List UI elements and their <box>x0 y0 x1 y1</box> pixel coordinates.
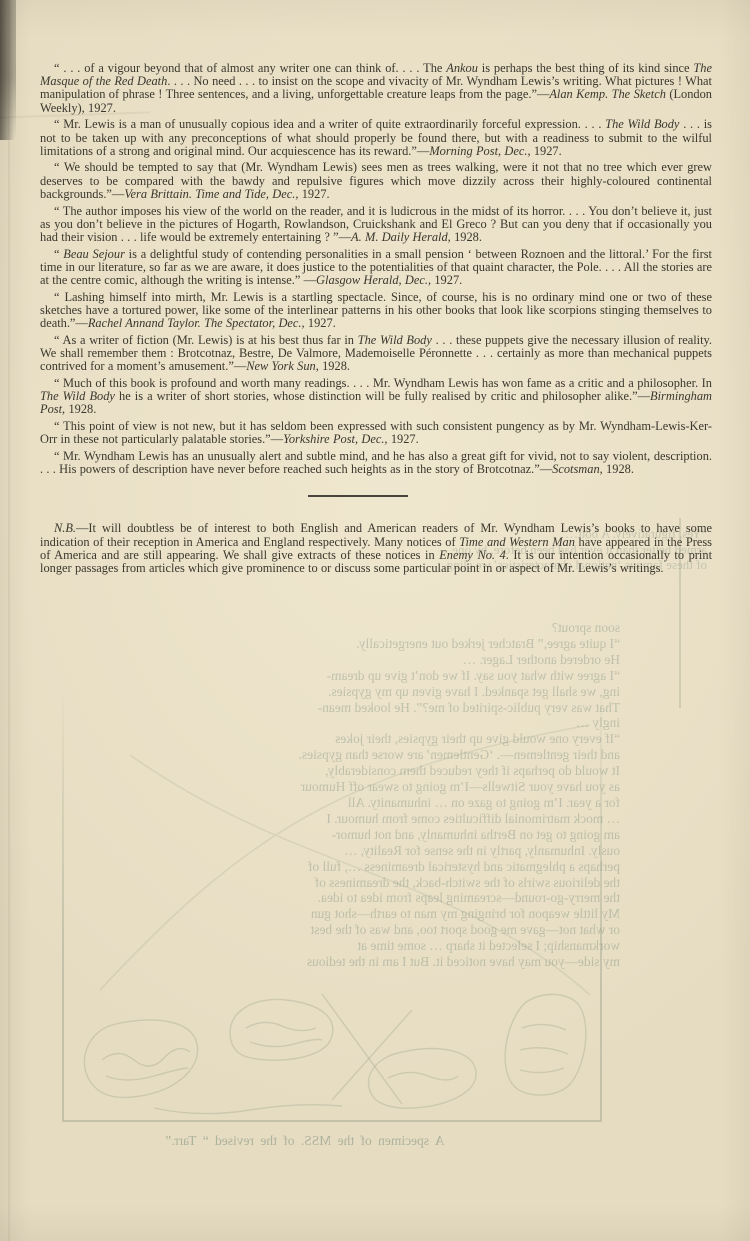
review-paragraph: “ Lashing himself into mirth, Mr. Lewis … <box>40 291 712 331</box>
ghost-line: My little weapon for bringing my man to … <box>148 906 620 922</box>
review-paragraph: “ As a writer of fiction (Mr. Lewis) is … <box>40 334 712 374</box>
ghost-line: ingly … <box>148 715 620 731</box>
ghost-showthrough-text: soon sprout?“I quite agree,” Bratcher je… <box>148 620 620 970</box>
ghost-line: … mock matrimonial difficulties come fro… <box>148 811 620 827</box>
ghost-line: ing, we shall get spanked. I have given … <box>148 684 620 700</box>
ghost-line: “I quite agree,” Bratcher jerked out ene… <box>148 636 620 652</box>
section-divider <box>308 495 408 497</box>
review-paragraph: “ Mr. Lewis is a man of unusually copiou… <box>40 118 712 158</box>
ghost-line: for a year. I’m going to gaze on … inhum… <box>148 795 620 811</box>
ghost-line: He ordered another Lager. … <box>148 652 620 668</box>
review-paragraph: “ Beau Sejour is a delightful study of c… <box>40 248 712 288</box>
ghost-manuscript-frame <box>62 688 602 1122</box>
ghost-handwriting-scrawl <box>70 988 610 1122</box>
ghost-line: “I agree with what you say. If we don’t … <box>148 668 620 684</box>
ghost-line: and their gentlemen—. ‘Gentlemen’ are wo… <box>148 747 620 763</box>
review-paragraph: “ Much of this book is profound and wort… <box>40 377 712 417</box>
ghost-line: workmanship; I selected it sharp … some … <box>148 938 620 954</box>
ghost-line: soon sprout? <box>148 620 620 636</box>
scanned-page: “Yes, figuratively. A bott…armed better … <box>0 0 750 1241</box>
ghost-line: the merry-go-round—screaming leaps from … <box>148 890 620 906</box>
ghost-caption: A specimen of the MSS. of the revised “ … <box>90 1133 520 1149</box>
paper-crease-vertical <box>8 0 10 1241</box>
ghost-line: am going to get on Bertha inhumanly, and… <box>148 827 620 843</box>
review-paragraph: “ The author imposes his view of the wor… <box>40 205 712 245</box>
review-paragraph: “ We should be tempted to say that (Mr. … <box>40 161 712 201</box>
ghost-line: as you have your Sitwells—I’m going to s… <box>148 779 620 795</box>
ghost-line: “If every one would give up their gypsie… <box>148 731 620 747</box>
review-paragraph: “ Mr. Wyndham Lewis has an unusually ale… <box>40 450 712 476</box>
ghost-line: perhaps a phlegmatic and hysterical drea… <box>148 859 620 875</box>
ghost-line: or what not—gave me good sport too, and … <box>148 922 620 938</box>
review-paragraph: “ This point of view is not new, but it … <box>40 420 712 446</box>
ghost-line: That was very public-spirited of me?”. H… <box>148 700 620 716</box>
review-paragraph: “ . . . of a vigour beyond that of almos… <box>40 62 712 115</box>
ghost-line: my side—you may have noticed it. But I a… <box>148 954 620 970</box>
ghost-curve-lines <box>60 700 620 1010</box>
ghost-line: It would do perhaps if they reduced them… <box>148 763 620 779</box>
review-paragraphs: “ . . . of a vigour beyond that of almos… <box>40 62 712 476</box>
ghost-line: the delirious swirls of the switch-back,… <box>148 875 620 891</box>
press-notices: “ . . . of a vigour beyond that of almos… <box>40 62 712 579</box>
ghost-line: ously. Inhumanly, partly in the sense fo… <box>148 843 620 859</box>
footnote-paragraph: N.B.—It will doubtless be of interest to… <box>40 522 712 575</box>
